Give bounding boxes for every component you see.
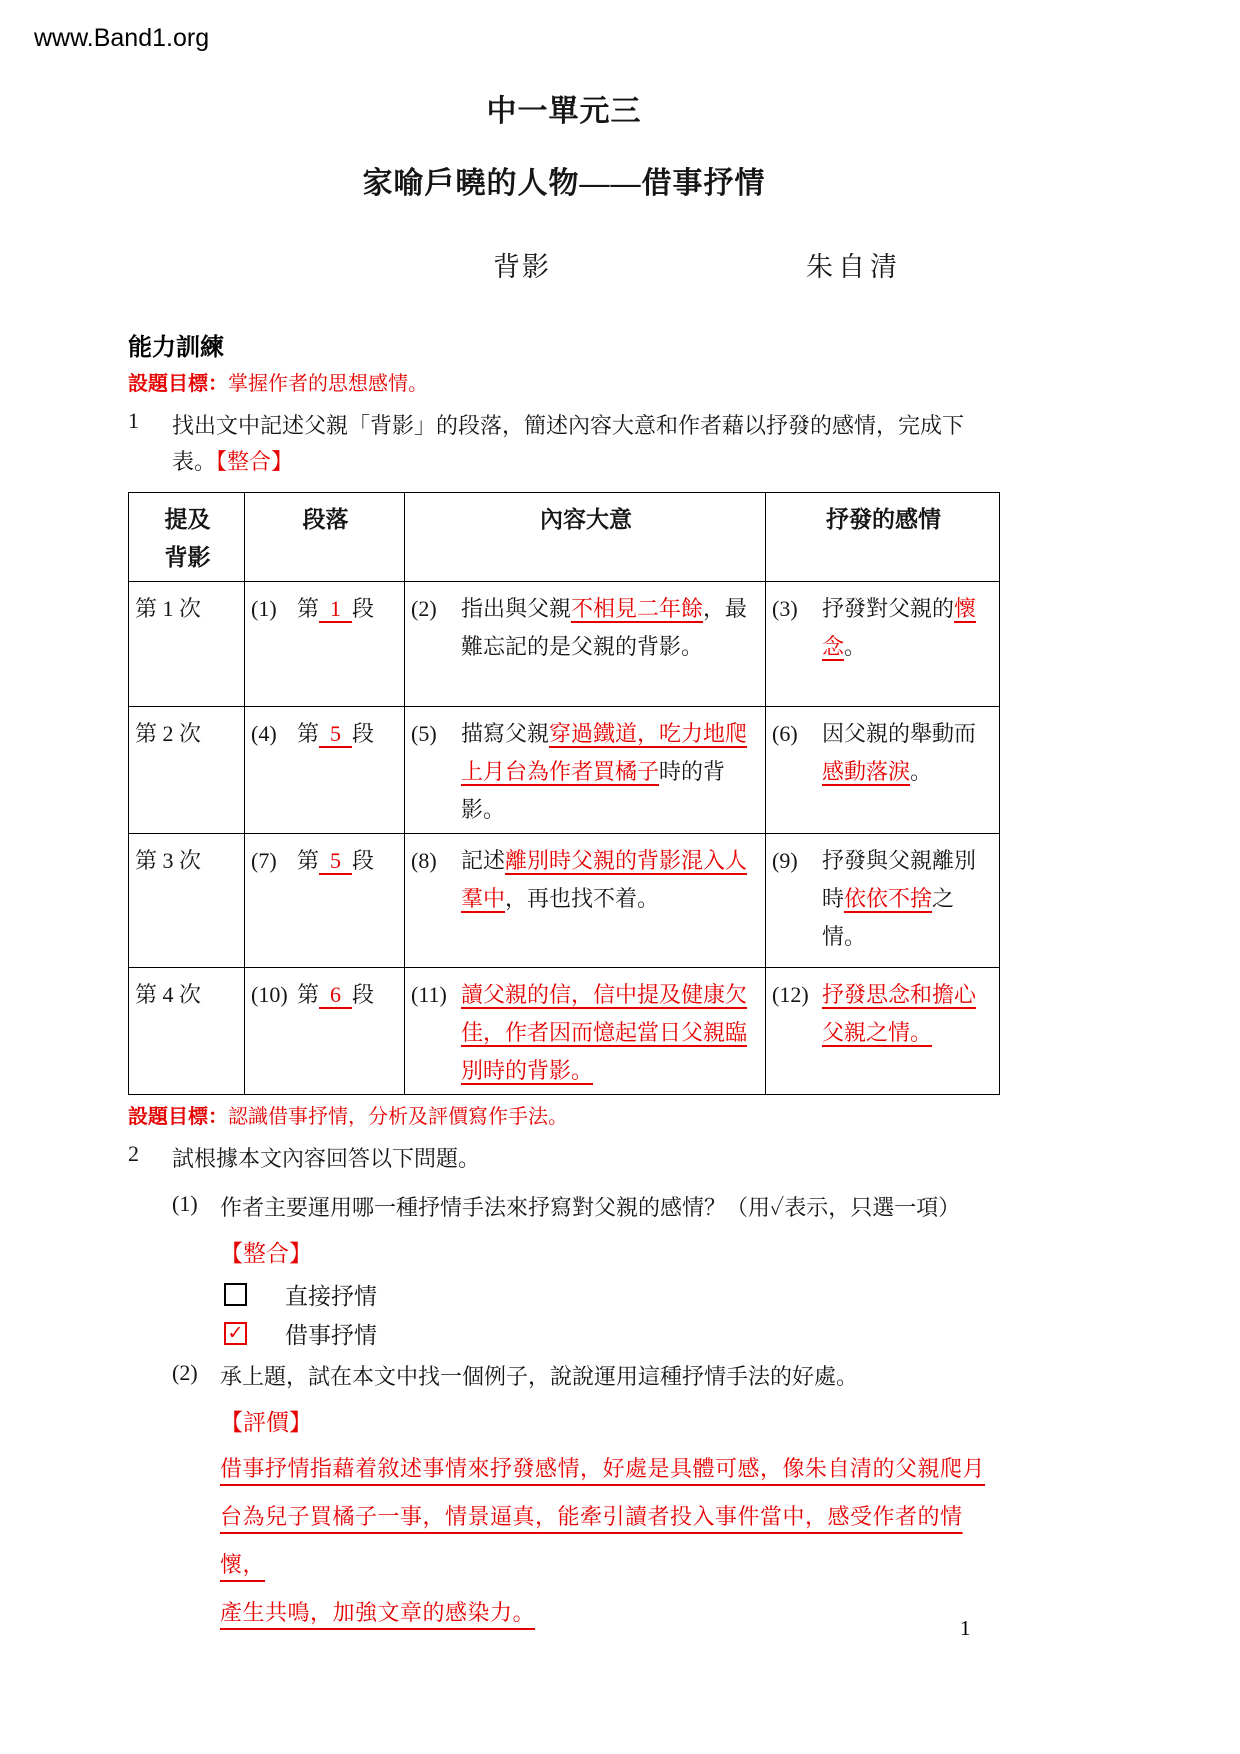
answer-text: 借事抒情指藉着敘述事情來抒發感情，好處是具體可感，像朱自清的父親爬月台為兒子買橘… (220, 1445, 1000, 1637)
checked-checkbox[interactable]: ✓ (224, 1322, 247, 1345)
mention-cell: 第 2 次 (129, 707, 245, 834)
content-cell: (5)描寫父親穿過鐵道，吃力地爬上月台為作者買橘子時的背影。 (405, 707, 766, 834)
question-text: 找出文中記述父親「背影」的段落，簡述內容大意和作者藉以抒發的感情，完成下 表。【… (172, 408, 1000, 480)
goal-label: 設題目標： (128, 1106, 228, 1128)
work-title: 背影 (493, 245, 551, 284)
section-heading: 能力訓練 (128, 327, 1000, 362)
mention-cell: 第 1 次 (129, 582, 245, 707)
option-direct-lyric: ✓ 直接抒情 (224, 1281, 1000, 1307)
sub-question-text: 作者主要運用哪一種抒情手法來抒寫對父親的感情？（用✓表示，只選一項） (220, 1191, 1000, 1225)
paragraph-cell: (4)第 5 段 (245, 707, 405, 834)
integration-tag: 【整合】 (220, 1235, 1000, 1268)
author-name: 朱自清 (806, 245, 902, 284)
sub-question-2: (2) 承上題，試在本文中找一個例子，說說運用這種抒情手法的好處。 (128, 1360, 1000, 1394)
table-row: 第 4 次 (10)第 6 段 (11)讀父親的信，信中提及健康欠佳，作者因而憶… (129, 968, 1000, 1095)
feeling-cell: (12)抒發思念和擔心父親之情。 (766, 968, 1000, 1095)
unit-title: 中一單元三 (128, 95, 1000, 129)
content-cell: (11)讀父親的信，信中提及健康欠佳，作者因而憶起當日父親臨別時的背影。 (405, 968, 766, 1095)
content-cell: (2)指出與父親不相見二年餘，最難忘記的是父親的背影。 (405, 582, 766, 707)
item-number: (4) (251, 715, 297, 753)
question-number: 2 (128, 1141, 172, 1177)
item-number: (9) (772, 842, 822, 880)
worksheet-page: www.Band1.org 中一單元三 家喻戶曉的人物——借事抒情 背影 朱自清… (0, 0, 1240, 1754)
mention-cell: 第 3 次 (129, 834, 245, 968)
content-column: 中一單元三 家喻戶曉的人物——借事抒情 背影 朱自清 能力訓練 設題目標：掌握作… (128, 0, 1000, 1637)
item-number: (8) (411, 842, 461, 880)
item-number: (3) (772, 590, 822, 628)
paragraph-cell: (10)第 6 段 (245, 968, 405, 1095)
table-header-row: 提及 背影 段落 內容大意 抒發的感情 (129, 493, 1000, 582)
header-mention: 提及 背影 (129, 493, 245, 582)
goal-text: 掌握作者的思想感情。 (228, 373, 428, 395)
item-number: (1) (251, 590, 297, 628)
feeling-cell: (6)因父親的舉動而感動落淚。 (766, 707, 1000, 834)
item-number: (6) (772, 715, 822, 753)
item-number: (2) (411, 590, 461, 628)
mention-cell: 第 4 次 (129, 968, 245, 1095)
item-number: (12) (772, 976, 822, 1014)
option-label: 借事抒情 (285, 1317, 377, 1350)
feeling-cell: (3)抒發對父親的懷念。 (766, 582, 1000, 707)
page-number: 1 (960, 1616, 971, 1641)
unchecked-checkbox[interactable]: ✓ (224, 1283, 247, 1306)
question-number: 1 (128, 408, 172, 480)
sub-question-number: (1) (172, 1191, 220, 1225)
question-2: 2 試根據本文內容回答以下問題。 (128, 1141, 1000, 1177)
content-cell: (8)記述離別時父親的背影混入人羣中，再也找不着。 (405, 834, 766, 968)
item-number: (5) (411, 715, 461, 753)
sub-question-text: 承上題，試在本文中找一個例子，說說運用這種抒情手法的好處。 (220, 1360, 1000, 1394)
paragraph-cell: (1)第 1 段 (245, 582, 405, 707)
option-label: 直接抒情 (285, 1278, 377, 1311)
paragraph-cell: (7)第 5 段 (245, 834, 405, 968)
header-feeling: 抒發的感情 (766, 493, 1000, 582)
goal-label: 設題目標： (128, 373, 228, 395)
topic-title: 家喻戶曉的人物——借事抒情 (128, 167, 1000, 201)
item-number: (7) (251, 842, 297, 880)
question-line-1: 找出文中記述父親「背影」的段落，簡述內容大意和作者藉以抒發的感情，完成下 (172, 408, 1000, 444)
header-content: 內容大意 (405, 493, 766, 582)
question-1: 1 找出文中記述父親「背影」的段落，簡述內容大意和作者藉以抒發的感情，完成下 表… (128, 408, 1000, 480)
goal-text: 認識借事抒情，分析及評價寫作手法。 (228, 1106, 568, 1128)
question-text: 試根據本文內容回答以下問題。 (172, 1141, 1000, 1177)
item-number: (10) (251, 976, 297, 1014)
table-row: 第 3 次 (7)第 5 段 (8)記述離別時父親的背影混入人羣中，再也找不着。… (129, 834, 1000, 968)
question-line-2: 表。【整合】 (172, 444, 1000, 480)
table-row: 第 2 次 (4)第 5 段 (5)描寫父親穿過鐵道，吃力地爬上月台為作者買橘子… (129, 707, 1000, 834)
goal-line-2: 設題目標：認識借事抒情，分析及評價寫作手法。 (128, 1105, 1000, 1129)
evaluation-tag: 【評價】 (220, 1404, 1000, 1437)
option-narrative-lyric: ✓ 借事抒情 (224, 1320, 1000, 1346)
check-icon: ✓ (228, 1324, 244, 1343)
goal-line-1: 設題目標：掌握作者的思想感情。 (128, 372, 1000, 396)
item-number: (11) (411, 976, 461, 1014)
sub-question-number: (2) (172, 1360, 220, 1394)
sub-question-1: (1) 作者主要運用哪一種抒情手法來抒寫對父親的感情？（用✓表示，只選一項） (128, 1191, 1000, 1225)
feeling-cell: (9)抒發與父親離別時依依不捨之情。 (766, 834, 1000, 968)
header-paragraph: 段落 (245, 493, 405, 582)
table-row: 第 1 次 (1)第 1 段 (2)指出與父親不相見二年餘，最難忘記的是父親的背… (129, 582, 1000, 707)
summary-table: 提及 背影 段落 內容大意 抒發的感情 第 1 次 (1)第 1 段 (2)指出… (128, 492, 1000, 1095)
byline: 背影 朱自清 (128, 245, 1000, 281)
